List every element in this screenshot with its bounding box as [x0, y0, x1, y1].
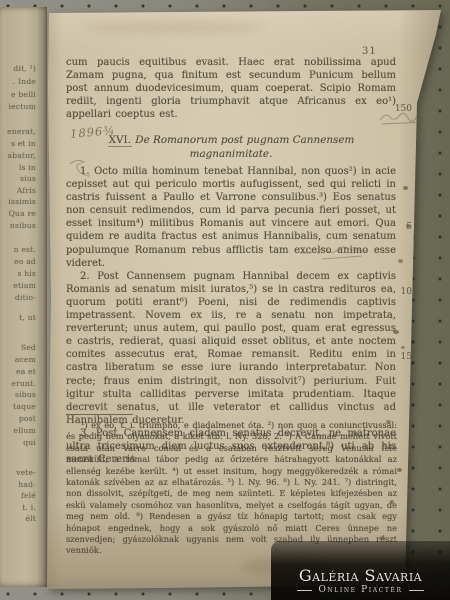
page-edge-text-fragment: abatur, — [8, 152, 36, 160]
page-edge-text-fragment: n est. — [14, 246, 36, 254]
left-page-edge: dit, ¹). Indee belliiectumenerat,s et in… — [0, 7, 47, 587]
foxing-spot — [401, 346, 405, 349]
page-edge-text-fragment: ea et — [16, 368, 36, 376]
watermark-subtitle-row: Online Piactér — [297, 585, 423, 595]
watermark-title: Galéria Savaria — [299, 567, 422, 584]
page-edge-text-fragment: sius — [20, 175, 36, 183]
page-edge-text-fragment: . Inde — [13, 78, 36, 86]
page-edge-text-fragment: eo ad — [14, 258, 36, 266]
page-edge-text-fragment: taque — [13, 403, 36, 411]
dash-right — [409, 590, 424, 591]
intro-paragraph: cum paucis equitibus evasit. Haec erat n… — [66, 56, 396, 121]
footnotes-block: ¹) ex eo, t. i. triumpho, e diadalmenet … — [66, 420, 397, 557]
book-photo: dit, ¹). Indee belliiectumenerat,s et in… — [0, 0, 450, 600]
heading-number: XVI. — [108, 134, 132, 147]
section-heading: XVI. De Romanorum post pugnam Cannensem … — [66, 133, 396, 161]
page-edge-text-fragment: etiam — [13, 282, 36, 290]
page-edge-text-fragment: acem — [15, 356, 36, 364]
page-edge-text-fragment: qui — [23, 439, 36, 447]
page-edge-text-fragment: ditio- — [15, 294, 36, 302]
page-edge-text-fragment: vete- — [16, 469, 36, 477]
pencil-scribble — [68, 158, 94, 178]
page-edge-text-fragment: iectum — [8, 103, 36, 111]
page-edge-text-fragment: felé — [21, 492, 36, 500]
page-edge-text-fragment: ellum — [14, 427, 36, 435]
footnote-rule — [66, 414, 133, 415]
foxing-spot — [398, 259, 403, 263]
paragraph: 2. Post Cannensem pugnam Hannibal decem … — [66, 270, 396, 427]
page-edge-text-fragment: s his — [17, 270, 36, 278]
page-edge-text-fragment: post — [19, 415, 36, 423]
page-edge-text-fragment: erunt. — [11, 380, 36, 388]
page-edge-text-fragment: t. i. — [22, 504, 36, 512]
margin-line-number: 5 — [388, 222, 412, 232]
watermark-subtitle: Online Piactér — [318, 585, 402, 595]
page-edge-text-fragment: had- — [18, 481, 36, 489]
margin-line-number: 15 — [388, 352, 412, 362]
page-edge-text-fragment: e belli — [11, 91, 36, 99]
page-edge-text-fragment: Qua re — [9, 210, 36, 218]
page-edge-text-fragment: t, ut — [19, 314, 36, 322]
watermark-badge: Galéria Savaria Online Piactér — [271, 541, 450, 600]
pencil-scribble — [298, 244, 370, 262]
page-edge-text-fragment: s et in — [11, 140, 36, 148]
foxing-spot — [397, 468, 402, 472]
paper-stain — [82, 20, 262, 34]
page-edge-text-fragment: Afris — [17, 187, 36, 195]
page-edge-text-fragment: enerat, — [7, 128, 36, 136]
page-edge-text-fragment: ls in — [19, 164, 36, 172]
pencil-scribble — [378, 110, 430, 126]
margin-line-number: 10 — [388, 287, 412, 297]
page-edge-text-fragment: sibus — [15, 391, 36, 399]
page-edge-text-fragment: dit, ¹) — [13, 65, 36, 73]
page-edge-text-fragment: élt — [25, 515, 36, 523]
page-edge-text-fragment: issimis — [8, 198, 36, 206]
page-edge-text-fragment: nsibus — [10, 222, 36, 230]
heading-title: De Romanorum post pugnam Cannensem magna… — [135, 134, 354, 160]
foxing-spot — [403, 186, 408, 190]
dash-left — [297, 590, 312, 591]
page-edge-text-fragment: Sed — [21, 344, 36, 352]
book-page: 31 cum paucis equitibus evasit. Haec era… — [42, 8, 446, 592]
paper-surface: 31 cum paucis equitibus evasit. Haec era… — [42, 8, 446, 592]
